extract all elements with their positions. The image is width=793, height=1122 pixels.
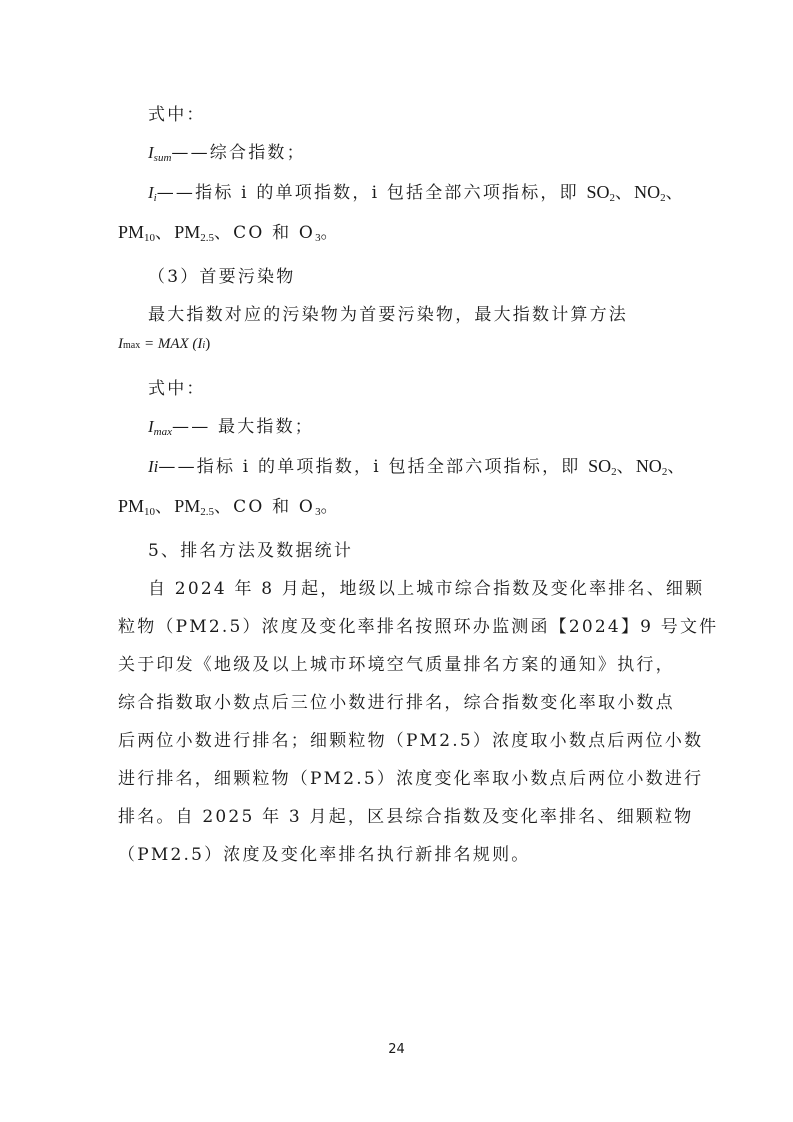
text-line: 最大指数对应的污染物为首要污染物，最大指数计算方法 (148, 300, 628, 325)
text-line: 式中： (148, 374, 206, 399)
paragraph-line: 排名。自 2025 年 3 月起，区县综合指数及变化率排名、细颗粒物 (118, 802, 694, 827)
paragraph-line: （PM2.5）浓度及变化率排名执行新排名规则。 (118, 840, 530, 865)
definition-ii-2: Ii——指标 i 的单项指数，i 包括全部六项指标，即 SO2、NO2、 (148, 452, 687, 478)
paragraph-line: 粒物（PM2.5）浓度及变化率排名按照环办监测函【2024】9 号文件 (118, 612, 718, 637)
page-number: 24 (0, 1042, 793, 1057)
paragraph-line: 综合指数取小数点后三位小数进行排名，综合指数变化率取小数点 (118, 688, 675, 713)
paragraph-line: 自 2024 年 8 月起，地级以上城市综合指数及变化率排名、细颗 (148, 574, 704, 599)
paragraph-line: 后两位小数进行排名；细颗粒物（PM2.5）浓度取小数点后两位小数 (118, 726, 703, 751)
section-heading: （3）首要污染物 (148, 262, 295, 287)
definition-isum: Isum——综合指数； (148, 138, 306, 164)
text-line: 式中： (148, 100, 206, 125)
formula-imax: Imax = MAX (Ii) (118, 336, 210, 353)
pollutant-list-2: PM10、PM2.5、CO 和 O3。 (118, 492, 340, 518)
paragraph-line: 进行排名，细颗粒物（PM2.5）浓度变化率取小数点后两位小数进行 (118, 764, 703, 789)
paragraph-line: 关于印发《地级及以上城市环境空气质量排名方案的通知》执行， (118, 650, 675, 675)
section-heading: 5、排名方法及数据统计 (148, 536, 353, 561)
pollutant-list: PM10、PM2.5、CO 和 O3。 (118, 218, 340, 244)
definition-imax: Imax—— 最大指数； (148, 412, 314, 438)
definition-ii: Ii——指标 i 的单项指数，i 包括全部六项指标，即 SO2、NO2、 (148, 178, 685, 204)
